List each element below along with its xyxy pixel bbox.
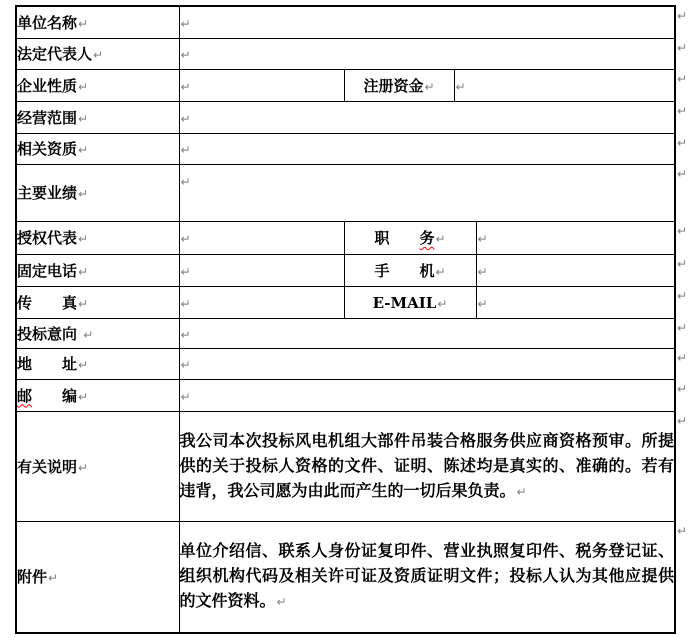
row-end-pilcrow-icon: ↵ [677, 415, 687, 427]
value-cell-business-scope[interactable]: ↵ [179, 101, 675, 133]
value-cell-mobile-phone[interactable]: ↵ [476, 254, 675, 286]
statement-text: 我公司本次投标风电机组大部件吊装合格服务供应商资格预审。所提供的关于投标人资格的… [180, 431, 675, 500]
table-row: 邮 编↵ ↵ [16, 379, 675, 411]
pilcrow-icon: ↵ [181, 175, 191, 189]
row-label: 主要业绩 [17, 184, 77, 202]
pilcrow-icon: ↵ [435, 232, 445, 246]
value-cell-bid-intention[interactable]: ↵ [179, 318, 675, 348]
pilcrow-icon: ↵ [78, 358, 88, 372]
value-cell-legal-representative[interactable]: ↵ [179, 38, 675, 69]
supplier-prequalification-form-table: 单位名称↵ ↵ 法定代表人↵ ↵ 企业性质↵ ↵ 注册资金↵ ↵ 经营范围↵ ↵… [15, 5, 676, 634]
value-cell-enterprise-type[interactable]: ↵ [179, 69, 344, 101]
label-cell-bid-intention: 投标意向 ↵ [16, 318, 179, 348]
pilcrow-icon: ↵ [456, 80, 466, 94]
label-cell-registered-capital: 注册资金↵ [344, 69, 454, 101]
row-end-pilcrow-icon: ↵ [677, 525, 687, 537]
pilcrow-icon: ↵ [478, 265, 488, 279]
row-label: 相关资质 [17, 140, 77, 158]
row-end-pilcrow-icon: ↵ [677, 290, 687, 302]
row-end-pilcrow-icon: ↵ [677, 168, 687, 180]
table-row: 企业性质↵ ↵ 注册资金↵ ↵ [16, 69, 675, 101]
pilcrow-icon: ↵ [181, 390, 191, 404]
value-cell-unit-name[interactable]: ↵ [179, 6, 675, 38]
value-cell-email[interactable]: ↵ [476, 286, 675, 318]
table-row: 传 真↵ ↵ E-MAIL↵ ↵ [16, 286, 675, 318]
pilcrow-icon: ↵ [277, 595, 287, 609]
row-end-pilcrow-icon: ↵ [677, 383, 687, 395]
pilcrow-icon: ↵ [78, 232, 88, 246]
pilcrow-icon: ↵ [424, 80, 434, 94]
table-row: 投标意向 ↵ ↵ [16, 318, 675, 348]
label-cell-legal-representative: 法定代表人↵ [16, 38, 179, 69]
row-end-pilcrow-icon: ↵ [677, 352, 687, 364]
label-cell-business-scope: 经营范围↵ [16, 101, 179, 133]
page: { "pilcrow": { "glyph": "↵", "color": "#… [0, 0, 689, 638]
table-row: 单位名称↵ ↵ [16, 6, 675, 38]
row-label: 企业性质 [17, 77, 77, 95]
row-label: 地 址 [17, 355, 77, 373]
label-cell-main-performance: 主要业绩↵ [16, 164, 179, 221]
pilcrow-icon: ↵ [78, 461, 88, 475]
row-label: 附件 [17, 568, 47, 586]
row-label: E-MAIL [373, 294, 437, 312]
value-cell-registered-capital[interactable]: ↵ [454, 69, 675, 101]
label-cell-postal-code: 邮 编↵ [16, 379, 179, 411]
pilcrow-icon: ↵ [181, 17, 191, 31]
row-label: 法定代表人 [17, 45, 92, 63]
label-cell-email: E-MAIL↵ [344, 286, 476, 318]
label-cell-position: 职 务↵ [344, 221, 476, 254]
table-row: 法定代表人↵ ↵ [16, 38, 675, 69]
value-cell-fax[interactable]: ↵ [179, 286, 344, 318]
pilcrow-icon: ↵ [478, 232, 488, 246]
table-row: 主要业绩↵ ↵ [16, 164, 675, 221]
value-cell-landline-phone[interactable]: ↵ [179, 254, 344, 286]
pilcrow-icon: ↵ [181, 297, 191, 311]
pilcrow-icon: ↵ [181, 48, 191, 62]
row-end-pilcrow-icon: ↵ [677, 225, 687, 237]
pilcrow-icon: ↵ [437, 297, 447, 311]
row-end-pilcrow-icon: ↵ [677, 10, 687, 22]
pilcrow-icon: ↵ [181, 112, 191, 126]
table-row: 有关说明↵ 我公司本次投标风电机组大部件吊装合格服务供应商资格预审。所提供的关于… [16, 411, 675, 521]
pilcrow-icon: ↵ [83, 328, 93, 342]
row-label: 职 务 [374, 229, 434, 247]
pilcrow-icon: ↵ [181, 143, 191, 157]
pilcrow-icon: ↵ [517, 485, 527, 499]
table-row: 授权代表↵ ↵ 职 务↵ ↵ [16, 221, 675, 254]
row-end-pilcrow-icon: ↵ [677, 322, 687, 334]
pilcrow-icon: ↵ [181, 328, 191, 342]
label-cell-relevant-statement: 有关说明↵ [16, 411, 179, 521]
row-end-pilcrow-icon: ↵ [677, 258, 687, 270]
row-label: 固定电话 [17, 262, 77, 280]
label-cell-fax: 传 真↵ [16, 286, 179, 318]
pilcrow-icon: ↵ [435, 265, 445, 279]
row-end-pilcrow-icon: ↵ [677, 42, 687, 54]
label-cell-landline-phone: 固定电话↵ [16, 254, 179, 286]
row-end-pilcrow-icon: ↵ [677, 105, 687, 117]
pilcrow-icon: ↵ [48, 571, 58, 585]
row-label: 经营范围 [17, 109, 77, 127]
pilcrow-icon: ↵ [93, 48, 103, 62]
row-end-pilcrow-icon: ↵ [677, 137, 687, 149]
label-cell-attachments: 附件↵ [16, 521, 179, 633]
table-row: 经营范围↵ ↵ [16, 101, 675, 133]
text-cell-relevant-statement[interactable]: 我公司本次投标风电机组大部件吊装合格服务供应商资格预审。所提供的关于投标人资格的… [179, 411, 675, 521]
label-cell-authorized-representative: 授权代表↵ [16, 221, 179, 254]
row-label: 授权代表 [17, 229, 77, 247]
table-row: 相关资质↵ ↵ [16, 133, 675, 164]
row-label: 有关说明 [17, 458, 77, 476]
pilcrow-icon: ↵ [78, 297, 88, 311]
value-cell-related-qualifications[interactable]: ↵ [179, 133, 675, 164]
pilcrow-icon: ↵ [78, 390, 88, 404]
pilcrow-icon: ↵ [78, 187, 88, 201]
pilcrow-icon: ↵ [181, 80, 191, 94]
value-cell-address[interactable]: ↵ [179, 348, 675, 379]
value-cell-main-performance[interactable]: ↵ [179, 164, 675, 221]
pilcrow-icon: ↵ [78, 17, 88, 31]
label-cell-address: 地 址↵ [16, 348, 179, 379]
label-cell-mobile-phone: 手 机↵ [344, 254, 476, 286]
row-end-pilcrow-icon: ↵ [677, 73, 687, 85]
table-row: 固定电话↵ ↵ 手 机↵ ↵ [16, 254, 675, 286]
value-cell-authorized-representative[interactable]: ↵ [179, 221, 344, 254]
attachments-text: 单位介绍信、联系人身份证复印件、营业执照复印件、税务登记证、组织机构代码及相关许… [180, 541, 675, 610]
value-cell-position[interactable]: ↵ [476, 221, 675, 254]
text-cell-attachments[interactable]: 单位介绍信、联系人身份证复印件、营业执照复印件、税务登记证、组织机构代码及相关许… [179, 521, 675, 633]
row-label: 邮 编 [17, 387, 77, 405]
label-cell-unit-name: 单位名称↵ [16, 6, 179, 38]
pilcrow-icon: ↵ [78, 80, 88, 94]
pilcrow-icon: ↵ [78, 265, 88, 279]
row-label: 手 机 [374, 262, 434, 280]
row-label: 投标意向 [17, 325, 82, 343]
row-label: 单位名称 [17, 14, 77, 32]
pilcrow-icon: ↵ [181, 232, 191, 246]
value-cell-postal-code[interactable]: ↵ [179, 379, 675, 411]
pilcrow-icon: ↵ [478, 297, 488, 311]
pilcrow-icon: ↵ [181, 265, 191, 279]
label-cell-related-qualifications: 相关资质↵ [16, 133, 179, 164]
table-row: 附件↵ 单位介绍信、联系人身份证复印件、营业执照复印件、税务登记证、组织机构代码… [16, 521, 675, 633]
row-label: 传 真 [17, 294, 77, 312]
table-row: 地 址↵ ↵ [16, 348, 675, 379]
pilcrow-icon: ↵ [181, 358, 191, 372]
pilcrow-icon: ↵ [78, 112, 88, 126]
pilcrow-icon: ↵ [78, 143, 88, 157]
label-cell-enterprise-type: 企业性质↵ [16, 69, 179, 101]
row-label: 注册资金 [363, 77, 423, 95]
